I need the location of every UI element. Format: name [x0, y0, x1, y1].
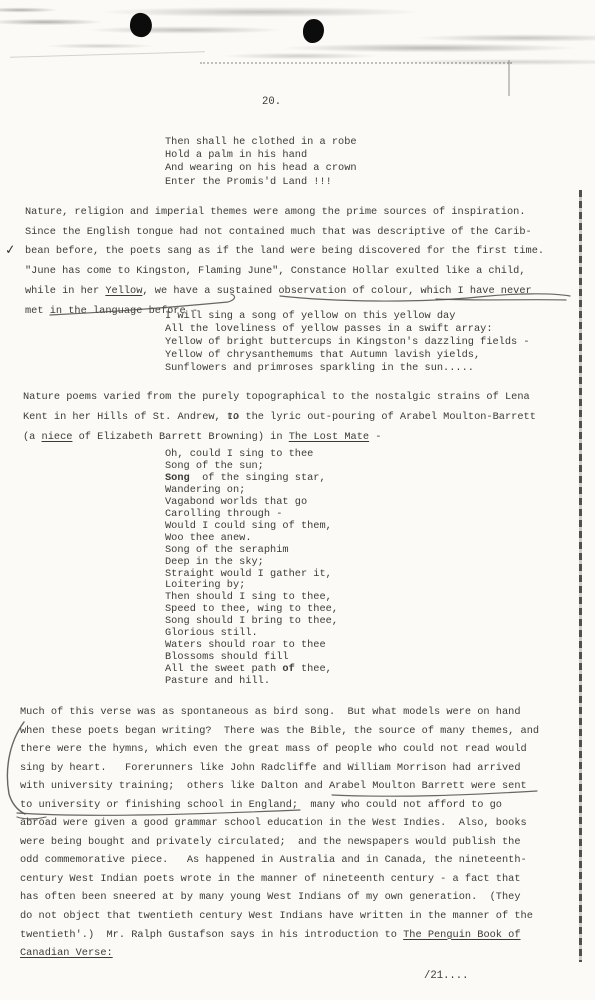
text-line: I will sing a song of yellow on this yel… [165, 310, 530, 323]
text-line: "June has come to Kingston, Flaming June… [25, 262, 544, 282]
page-number: 20. [262, 96, 281, 108]
text-line: bean before, the poets sang as if the la… [25, 242, 544, 262]
text-line: when these poets began writing? There wa… [20, 722, 539, 741]
paragraph-much-of-this-verse: Much of this verse was as spontaneous as… [20, 703, 539, 963]
text-line: Yellow of bright buttercups in Kingston'… [165, 336, 530, 349]
text-line: Since the English tongue had not contain… [25, 223, 544, 243]
text-line: Canadian Verse: [20, 944, 539, 963]
text-line: Much of this verse was as spontaneous as… [20, 703, 539, 722]
text-line: with university training; others like Da… [20, 777, 539, 796]
page-edge-right [579, 190, 582, 962]
text-line: Sunflowers and primroses sparkling in th… [165, 362, 530, 375]
scan-noise-band [0, 0, 595, 66]
page-top-edge-line [200, 62, 512, 64]
poem-quote-lost-mate: Oh, could I sing to theeSong of the sun;… [165, 449, 338, 688]
text-line: do not object that twentieth century Wes… [20, 907, 539, 926]
text-line: twentieth'.) Mr. Ralph Gustafson says in… [20, 926, 539, 945]
poem-quote-robe: Then shall he clothed in a robeHold a pa… [165, 136, 357, 189]
margin-checkmark: ✓ [4, 242, 16, 258]
text-line: to university or finishing school in Eng… [20, 796, 539, 815]
page-edge-top-right [508, 60, 510, 96]
text-line: century West Indian poets wrote in the m… [20, 870, 539, 889]
text-line: were being bought and privately circulat… [20, 833, 539, 852]
text-line: while in her Yellow, we have a sustained… [25, 282, 544, 302]
text-line: has often been sneered at by many young … [20, 888, 539, 907]
text-line: Nature, religion and imperial themes wer… [25, 203, 544, 223]
handwritten-footnote-number: 10 [228, 412, 238, 421]
paragraph-nature-poems: Nature poems varied from the purely topo… [23, 388, 536, 447]
text-line: All the loveliness of yellow passes in a… [165, 323, 530, 336]
text-line: Nature poems varied from the purely topo… [23, 388, 536, 408]
paragraph-nature-religion: Nature, religion and imperial themes wer… [25, 203, 544, 321]
text-line: there were the hymns, which even the gre… [20, 740, 539, 759]
text-line: Yellow of chrysanthemums that Autumn lav… [165, 349, 530, 362]
text-line: Then shall he clothed in a robe [165, 136, 357, 149]
text-line: odd commemorative piece. As happened in … [20, 851, 539, 870]
text-line: Hold a palm in his hand [165, 149, 357, 162]
text-line: And wearing on his head a crown [165, 162, 357, 175]
text-line: (a niece of Elizabeth Barrett Browning) … [23, 428, 536, 448]
page-edge-top-left [10, 51, 205, 57]
text-line: Enter the Promis'd Land !!! [165, 176, 357, 189]
text-line: Kent in her Hills of St. Andrew, to the … [23, 408, 536, 428]
punch-hole-right [303, 19, 324, 43]
next-page-marker: /21.... [424, 970, 469, 982]
poem-quote-yellow: I will sing a song of yellow on this yel… [165, 310, 530, 375]
text-line: Pasture and hill. [165, 676, 338, 688]
scanned-typescript-page: 20. Then shall he clothed in a robeHold … [0, 0, 595, 1000]
text-line: abroad were given a good grammar school … [20, 814, 539, 833]
text-line: sing by heart. Forerunners like John Rad… [20, 759, 539, 778]
punch-hole-left [128, 12, 153, 39]
